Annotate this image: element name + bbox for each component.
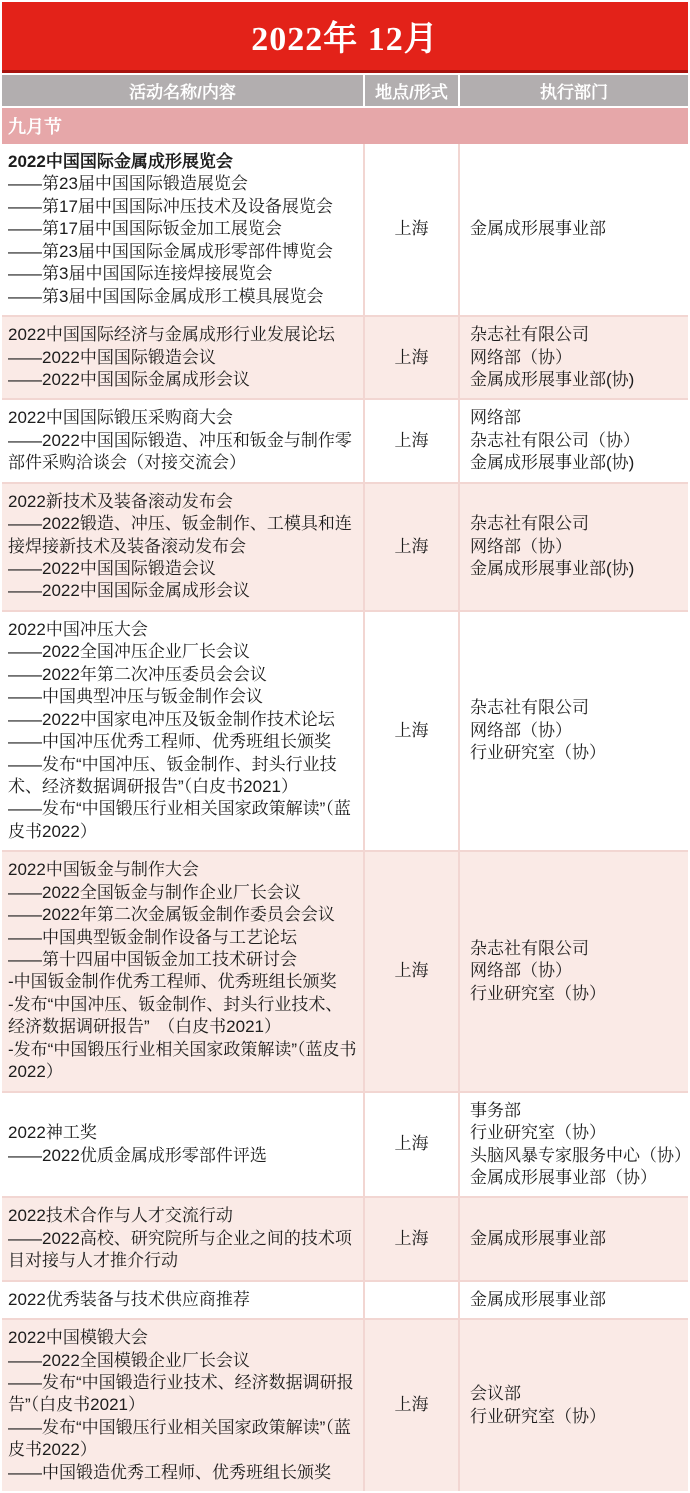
activity-subitem: ——2022全国钣金与制作企业厂长会议 (8, 882, 359, 904)
activity-subitem: -发布“中国冲压、钣金制作、封头行业技术、经济数据调研报告” （白皮书2021） (8, 994, 359, 1039)
column-header-activity: 活动名称/内容 (2, 75, 363, 106)
department-line: 网络部（协） (470, 720, 684, 742)
department-line: 金属成形展事业部 (470, 1289, 684, 1311)
department-line: 金属成形展事业部（协） (470, 1167, 684, 1189)
table-row: 2022中国模锻大会——2022全国模锻企业厂长会议——发布“中国锻造行业技术、… (2, 1318, 688, 1491)
activity-subitem: ——第3届中国国际金属成形工模具展览会 (8, 286, 359, 308)
activity-cell: 2022中国冲压大会——2022全国冲压企业厂长会议——2022年第二次冲压委员… (2, 612, 363, 850)
activity-subitem: ——发布“中国锻压行业相关国家政策解读”（蓝皮书2022） (8, 798, 359, 843)
table-row: 2022中国国际金属成形展览会——第23届中国国际锻造展览会——第17届中国国际… (2, 144, 688, 315)
department-line: 行业研究室（协） (470, 1122, 684, 1144)
activity-title: 2022中国国际经济与金属成形行业发展论坛 (8, 324, 359, 346)
activity-cell: 2022新技术及装备滚动发布会——2022锻造、冲压、钣金制作、工模具和连接焊接… (2, 484, 363, 610)
activity-subitem: ——发布“中国冲压、钣金制作、封头行业技术、经济数据调研报告”（白皮书2021） (8, 754, 359, 799)
activity-subitem: ——2022年第二次冲压委员会会议 (8, 664, 359, 686)
activity-title: 2022神工奖 (8, 1122, 359, 1144)
activity-subitem: ——中国典型冲压与钣金制作会议 (8, 686, 359, 708)
table-row: 2022神工奖——2022优质金属成形零部件评选 上海 事务部行业研究室（协）头… (2, 1091, 688, 1197)
location-cell: 上海 (363, 1320, 458, 1491)
activity-subitem: ——发布“中国锻造行业技术、经济数据调研报告”（白皮书2021） (8, 1372, 359, 1417)
location-cell: 上海 (363, 317, 458, 398)
department-line: 杂志社有限公司 (470, 324, 684, 346)
activity-subitem: ——2022年第二次金属钣金制作委员会会议 (8, 904, 359, 926)
activity-subitem: ——2022中国国际金属成形会议 (8, 580, 359, 602)
department-line: 金属成形展事业部(协) (470, 558, 684, 580)
activity-subitem: ——中国冲压优秀工程师、优秀班组长颁奖 (8, 731, 359, 753)
department-line: 会议部 (470, 1383, 684, 1405)
activity-title: 2022中国冲压大会 (8, 619, 359, 641)
department-line: 杂志社有限公司 (470, 697, 684, 719)
activity-title: 2022中国钣金与制作大会 (8, 859, 359, 881)
department-cell: 事务部行业研究室（协）头脑风暴专家服务中心（协）金属成形展事业部（协） (458, 1093, 688, 1197)
department-cell: 杂志社有限公司网络部（协）行业研究室（协） (458, 612, 688, 850)
table-row: 2022技术合作与人才交流行动——2022高校、研究院所与企业之间的技术项目对接… (2, 1196, 688, 1279)
activity-subitem: ——2022锻造、冲压、钣金制作、工模具和连接焊接新技术及装备滚动发布会 (8, 513, 359, 558)
table-row: 2022中国钣金与制作大会——2022全国钣金与制作企业厂长会议——2022年第… (2, 850, 688, 1090)
department-line: 行业研究室（协） (470, 983, 684, 1005)
column-header-department: 执行部门 (458, 75, 688, 106)
table-row: 2022中国国际锻压采购商大会——2022中国国际锻造、冲压和钣金与制作零部件采… (2, 398, 688, 481)
department-cell: 金属成形展事业部 (458, 144, 688, 315)
department-line: 事务部 (470, 1100, 684, 1122)
activity-subitem: ——中国锻造优秀工程师、优秀班组长颁奖 (8, 1462, 359, 1484)
department-line: 金属成形展事业部 (470, 218, 684, 240)
activity-subitem: ——第17届中国国际冲压技术及设备展览会 (8, 196, 359, 218)
location-cell: 上海 (363, 612, 458, 850)
table-row: 2022中国冲压大会——2022全国冲压企业厂长会议——2022年第二次冲压委员… (2, 610, 688, 850)
month-title: 2022年 12月 (2, 2, 688, 73)
activity-subitem: ——2022中国家电冲压及钣金制作技术论坛 (8, 709, 359, 731)
activity-title: 2022优秀装备与技术供应商推荐 (8, 1289, 359, 1311)
activity-cell: 2022中国模锻大会——2022全国模锻企业厂长会议——发布“中国锻造行业技术、… (2, 1320, 363, 1491)
activity-subitem: ——2022中国国际锻造会议 (8, 347, 359, 369)
activity-cell: 2022中国钣金与制作大会——2022全国钣金与制作企业厂长会议——2022年第… (2, 852, 363, 1090)
activity-subitem: ——2022中国国际锻造、冲压和钣金与制作零部件采购洽谈会（对接交流会） (8, 430, 359, 475)
activity-title: 2022中国模锻大会 (8, 1327, 359, 1349)
department-line: 金属成形展事业部 (470, 1228, 684, 1250)
activity-subitem: -中国钣金制作优秀工程师、优秀班组长颁奖 (8, 971, 359, 993)
event-schedule-table: 2022年 12月 活动名称/内容 地点/形式 执行部门 九月节 2022中国国… (0, 0, 690, 1493)
section-label: 九月节 (2, 108, 688, 144)
activity-cell: 2022中国国际锻压采购商大会——2022中国国际锻造、冲压和钣金与制作零部件采… (2, 400, 363, 481)
department-line: 行业研究室（协） (470, 1406, 684, 1428)
activity-title: 2022新技术及装备滚动发布会 (8, 491, 359, 513)
activity-subitem: ——2022中国国际锻造会议 (8, 558, 359, 580)
activity-subitem: ——2022中国国际金属成形会议 (8, 369, 359, 391)
location-cell: 上海 (363, 1198, 458, 1279)
activity-subitem: ——2022全国冲压企业厂长会议 (8, 641, 359, 663)
table-row: 2022优秀装备与技术供应商推荐 金属成形展事业部 (2, 1280, 688, 1318)
department-line: 杂志社有限公司 (470, 938, 684, 960)
department-line: 网络部（协） (470, 536, 684, 558)
department-cell: 杂志社有限公司网络部（协）金属成形展事业部(协) (458, 484, 688, 610)
location-cell: 上海 (363, 1093, 458, 1197)
department-line: 头脑风暴专家服务中心（协） (470, 1145, 684, 1167)
activity-subitem: ——2022优质金属成形零部件评选 (8, 1145, 359, 1167)
activity-title: 2022技术合作与人才交流行动 (8, 1205, 359, 1227)
department-line: 杂志社有限公司（协） (470, 430, 684, 452)
department-line: 金属成形展事业部(协) (470, 452, 684, 474)
department-cell: 网络部杂志社有限公司（协）金属成形展事业部(协) (458, 400, 688, 481)
activity-subitem: ——第3届中国国际连接焊接展览会 (8, 263, 359, 285)
activity-cell: 2022技术合作与人才交流行动——2022高校、研究院所与企业之间的技术项目对接… (2, 1198, 363, 1279)
table-row: 2022中国国际经济与金属成形行业发展论坛——2022中国国际锻造会议——202… (2, 315, 688, 398)
activity-title: 2022中国国际锻压采购商大会 (8, 407, 359, 429)
activity-subitem: ——中国典型钣金制作设备与工艺论坛 (8, 927, 359, 949)
department-line: 网络部（协） (470, 347, 684, 369)
activity-subitem: ——第23届中国国际锻造展览会 (8, 173, 359, 195)
activity-cell: 2022中国国际金属成形展览会——第23届中国国际锻造展览会——第17届中国国际… (2, 144, 363, 315)
table-row: 2022新技术及装备滚动发布会——2022锻造、冲压、钣金制作、工模具和连接焊接… (2, 482, 688, 610)
department-cell: 杂志社有限公司网络部（协）金属成形展事业部(协) (458, 317, 688, 398)
table-body: 2022中国国际金属成形展览会——第23届中国国际锻造展览会——第17届中国国际… (2, 144, 688, 1491)
column-header-location: 地点/形式 (363, 75, 458, 106)
activity-subitem: ——第17届中国国际钣金加工展览会 (8, 218, 359, 240)
department-cell: 杂志社有限公司网络部（协）行业研究室（协） (458, 852, 688, 1090)
department-line: 网络部（协） (470, 960, 684, 982)
table-header-row: 活动名称/内容 地点/形式 执行部门 (2, 75, 688, 106)
department-cell: 金属成形展事业部 (458, 1198, 688, 1279)
activity-cell: 2022中国国际经济与金属成形行业发展论坛——2022中国国际锻造会议——202… (2, 317, 363, 398)
location-cell: 上海 (363, 484, 458, 610)
activity-subitem: ——第十四届中国钣金加工技术研讨会 (8, 949, 359, 971)
department-line: 行业研究室（协） (470, 742, 684, 764)
department-cell: 会议部行业研究室（协） (458, 1320, 688, 1491)
activity-subitem: ——第23届中国国际金属成形零部件博览会 (8, 241, 359, 263)
department-line: 网络部 (470, 407, 684, 429)
activity-subitem: -发布“中国锻压行业相关国家政策解读”（蓝皮书2022） (8, 1039, 359, 1084)
location-cell: 上海 (363, 144, 458, 315)
department-line: 金属成形展事业部(协) (470, 369, 684, 391)
activity-cell: 2022优秀装备与技术供应商推荐 (2, 1282, 363, 1318)
location-cell: 上海 (363, 400, 458, 481)
location-cell (363, 1282, 458, 1318)
department-line: 杂志社有限公司 (470, 513, 684, 535)
activity-title: 2022中国国际金属成形展览会 (8, 151, 359, 173)
activity-subitem: ——发布“中国锻压行业相关国家政策解读”（蓝皮书2022） (8, 1417, 359, 1462)
activity-subitem: ——2022全国模锻企业厂长会议 (8, 1350, 359, 1372)
activity-cell: 2022神工奖——2022优质金属成形零部件评选 (2, 1093, 363, 1197)
department-cell: 金属成形展事业部 (458, 1282, 688, 1318)
activity-subitem: ——2022高校、研究院所与企业之间的技术项目对接与人才推介行动 (8, 1228, 359, 1273)
location-cell: 上海 (363, 852, 458, 1090)
